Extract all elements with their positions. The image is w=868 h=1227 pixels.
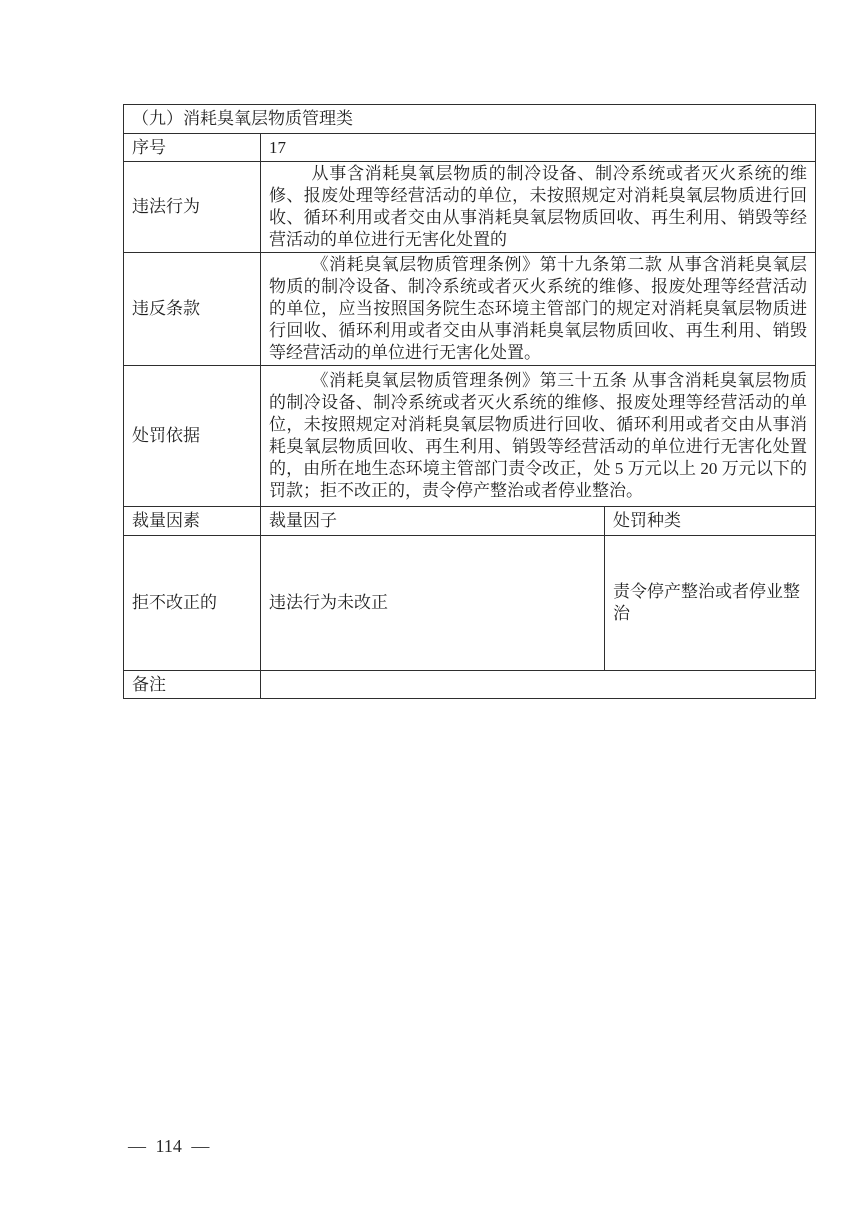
discretion-factor-category-header: 裁量因素 xyxy=(124,507,261,536)
penalty-type-header: 处罚种类 xyxy=(605,507,816,536)
remark-label: 备注 xyxy=(124,671,261,699)
penalty-basis-row: 处罚依据 《消耗臭氧层物质管理条例》第三十五条 从事含消耗臭氧层物质的制冷设备、… xyxy=(124,366,816,507)
remark-row: 备注 xyxy=(124,671,816,699)
serial-label: 序号 xyxy=(124,134,261,162)
penalty-basis-label: 处罚依据 xyxy=(124,366,261,507)
illegal-act-row: 违法行为 从事含消耗臭氧层物质的制冷设备、制冷系统或者灭火系统的维修、报废处理等… xyxy=(124,162,816,253)
violated-clause-row: 违反条款 《消耗臭氧层物质管理条例》第十九条第二款 从事含消耗臭氧层物质的制冷设… xyxy=(124,253,816,366)
document-page: （九）消耗臭氧层物质管理类 序号 17 违法行为 从事含消耗臭氧层物质的制冷设备… xyxy=(0,0,868,1227)
serial-row: 序号 17 xyxy=(124,134,816,162)
discretion-header-row: 裁量因素 裁量因子 处罚种类 xyxy=(124,507,816,536)
penalty-type-value: 责令停产整治或者停业整治 xyxy=(605,536,816,671)
discretion-data-row: 拒不改正的 违法行为未改正 责令停产整治或者停业整治 xyxy=(124,536,816,671)
illegal-act-label: 违法行为 xyxy=(124,162,261,253)
discretion-factor-value: 违法行为未改正 xyxy=(261,536,605,671)
penalty-basis-text: 《消耗臭氧层物质管理条例》第三十五条 从事含消耗臭氧层物质的制冷设备、制冷系统或… xyxy=(261,366,816,507)
violated-clause-label: 违反条款 xyxy=(124,253,261,366)
serial-value: 17 xyxy=(261,134,816,162)
page-number: — 114 — xyxy=(128,1136,209,1157)
discretion-factor-header: 裁量因子 xyxy=(261,507,605,536)
category-header: （九）消耗臭氧层物质管理类 xyxy=(124,105,816,134)
illegal-act-text: 从事含消耗臭氧层物质的制冷设备、制冷系统或者灭火系统的维修、报废处理等经营活动的… xyxy=(261,162,816,253)
remark-value xyxy=(261,671,816,699)
discretion-factor-category-value: 拒不改正的 xyxy=(124,536,261,671)
category-header-row: （九）消耗臭氧层物质管理类 xyxy=(124,105,816,134)
penalty-item-table: （九）消耗臭氧层物质管理类 序号 17 违法行为 从事含消耗臭氧层物质的制冷设备… xyxy=(123,104,816,699)
violated-clause-text: 《消耗臭氧层物质管理条例》第十九条第二款 从事含消耗臭氧层物质的制冷设备、制冷系… xyxy=(261,253,816,366)
